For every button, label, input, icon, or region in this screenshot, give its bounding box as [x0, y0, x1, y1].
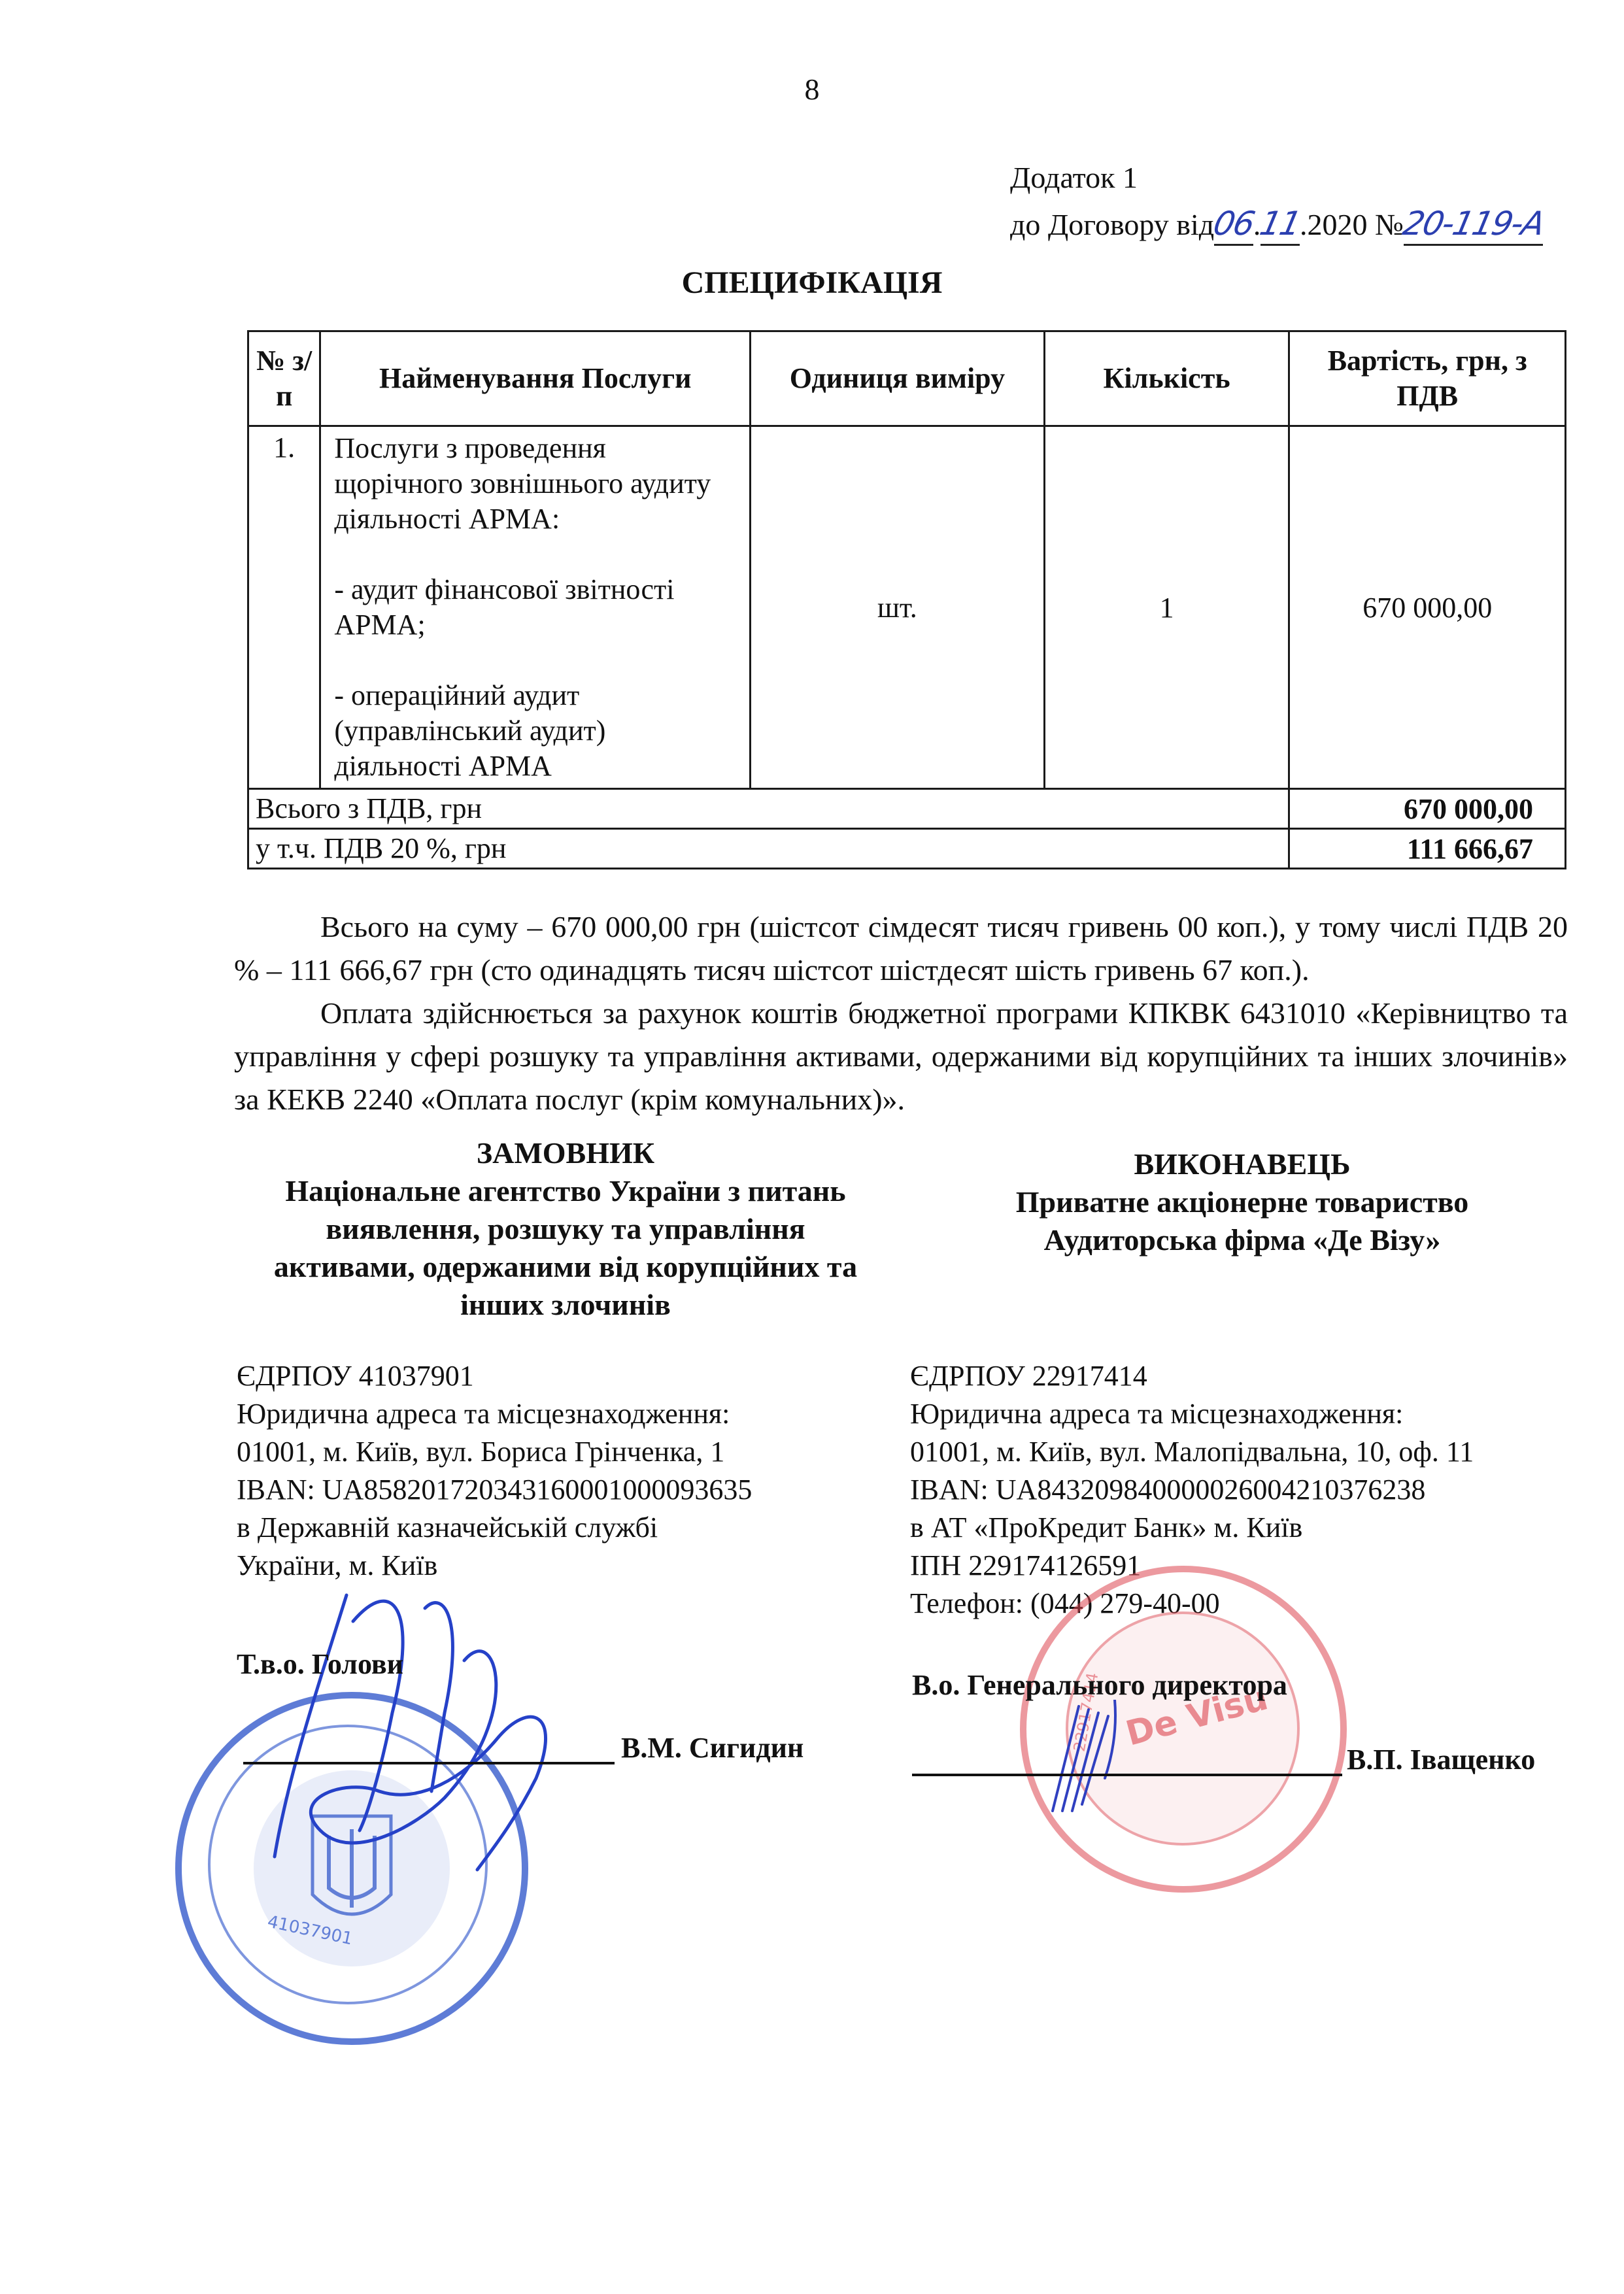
- contractor-address-label: Юридична адреса та місцезнаходження:: [910, 1395, 1474, 1433]
- contractor-role: ВИКОНАВЕЦЬ: [915, 1145, 1569, 1183]
- vat-row: у т.ч. ПДВ 20 %, грн 111 666,67: [248, 829, 1566, 869]
- total-sum-paragraph: Всього на суму – 670 000,00 грн (шістсот…: [234, 905, 1568, 992]
- customer-bank: в Державній казначейській службі: [237, 1509, 752, 1547]
- cell-unit: шт.: [751, 426, 1045, 789]
- total-sum-text: Всього на суму – 670 000,00 грн (шістсот…: [234, 905, 1568, 992]
- customer-name-line: інших злочинів: [235, 1286, 896, 1324]
- header-unit: Одиниця виміру: [751, 331, 1045, 426]
- contract-reference: до Договору від06.11.2020 №20-119-А: [1010, 201, 1543, 248]
- handwritten-month: 11: [1257, 205, 1304, 243]
- customer-signature-line: [243, 1762, 615, 1764]
- table-row: 1. Послуги з проведення щорічного зовніш…: [248, 426, 1566, 789]
- header-name: Найменування Послуги: [320, 331, 751, 426]
- service-line: - аудит фінансової звітності АРМА;: [334, 572, 737, 643]
- contractor-edrpou: ЄДРПОУ 22917414: [910, 1357, 1474, 1395]
- table-header-row: № з/п Найменування Послуги Одиниця вимір…: [248, 331, 1566, 426]
- contractor-address: 01001, м. Київ, вул. Малопідвальна, 10, …: [910, 1433, 1474, 1471]
- customer-edrpou: ЄДРПОУ 41037901: [237, 1357, 752, 1395]
- customer-address: 01001, м. Київ, вул. Бориса Грінченка, 1: [237, 1433, 752, 1471]
- customer-name-line: Національне агентство України з питань: [235, 1172, 896, 1210]
- cell-qty: 1: [1044, 426, 1289, 789]
- contractor-signature: [1040, 1700, 1131, 1817]
- contractor-iban: IBAN: UA843209840000026004210376238: [910, 1471, 1474, 1509]
- service-line: - операційний аудит (управлінський аудит…: [334, 678, 737, 784]
- customer-name-line: виявлення, розшуку та управління: [235, 1210, 896, 1248]
- customer-header: ЗАМОВНИК Національне агентство України з…: [235, 1134, 896, 1324]
- handwritten-contract-number: 20-119-А: [1400, 205, 1548, 243]
- total-label: Всього з ПДВ, грн: [248, 789, 1289, 829]
- customer-address-label: Юридична адреса та місцезнаходження:: [237, 1395, 752, 1433]
- contractor-name-line: Приватне акціонерне товариство: [915, 1183, 1569, 1221]
- cell-service-name: Послуги з проведення щорічного зовнішньо…: [320, 426, 751, 789]
- customer-bank-city: України, м. Київ: [237, 1547, 752, 1585]
- customer-role: ЗАМОВНИК: [235, 1134, 896, 1172]
- page-number: 8: [0, 72, 1624, 107]
- addendum-header: Додаток 1 до Договору від06.11.2020 №20-…: [1010, 154, 1543, 248]
- customer-signature: [248, 1582, 615, 1889]
- total-row: Всього з ПДВ, грн 670 000,00: [248, 789, 1566, 829]
- customer-signatory-name: В.М. Сигидин: [621, 1731, 804, 1764]
- vat-label: у т.ч. ПДВ 20 %, грн: [248, 829, 1289, 869]
- customer-name-line: активами, одержаними від корупційних та: [235, 1248, 896, 1286]
- customer-signatory-title: Т.в.о. Голови: [237, 1647, 403, 1681]
- service-line: Послуги з проведення щорічного зовнішньо…: [334, 431, 737, 537]
- payment-text: Оплата здійснюється за рахунок коштів бю…: [234, 992, 1568, 1121]
- handwritten-day: 06: [1210, 205, 1257, 243]
- header-cost: Вартість, грн, з ПДВ: [1289, 331, 1566, 426]
- contract-reference-prefix: до Договору від: [1010, 208, 1214, 241]
- vat-value: 111 666,67: [1289, 829, 1566, 869]
- addendum-label: Додаток 1: [1010, 154, 1543, 201]
- header-num: № з/п: [248, 331, 320, 426]
- contractor-signature-line: [912, 1774, 1342, 1776]
- customer-details: ЄДРПОУ 41037901 Юридична адреса та місце…: [237, 1357, 752, 1585]
- customer-iban: IBAN: UA858201720343160001000093635: [237, 1471, 752, 1509]
- cell-num: 1.: [248, 426, 320, 789]
- contractor-signatory-name: В.П. Іващенко: [1347, 1743, 1535, 1776]
- specification-table: № з/п Найменування Послуги Одиниця вимір…: [247, 330, 1566, 869]
- date-year: .2020 №: [1300, 208, 1404, 241]
- contractor-name-line: Аудиторська фірма «Де Візу»: [915, 1221, 1569, 1259]
- cell-cost: 670 000,00: [1289, 426, 1566, 789]
- document-title: СПЕЦИФІКАЦІЯ: [0, 265, 1624, 301]
- header-qty: Кількість: [1044, 331, 1289, 426]
- total-value: 670 000,00: [1289, 789, 1566, 829]
- contractor-signatory-title: В.о. Генерального директора: [912, 1668, 1287, 1702]
- contractor-bank: в АТ «ПроКредит Банк» м. Київ: [910, 1509, 1474, 1547]
- contractor-header: ВИКОНАВЕЦЬ Приватне акціонерне товариств…: [915, 1145, 1569, 1259]
- payment-paragraph: Оплата здійснюється за рахунок коштів бю…: [234, 992, 1568, 1121]
